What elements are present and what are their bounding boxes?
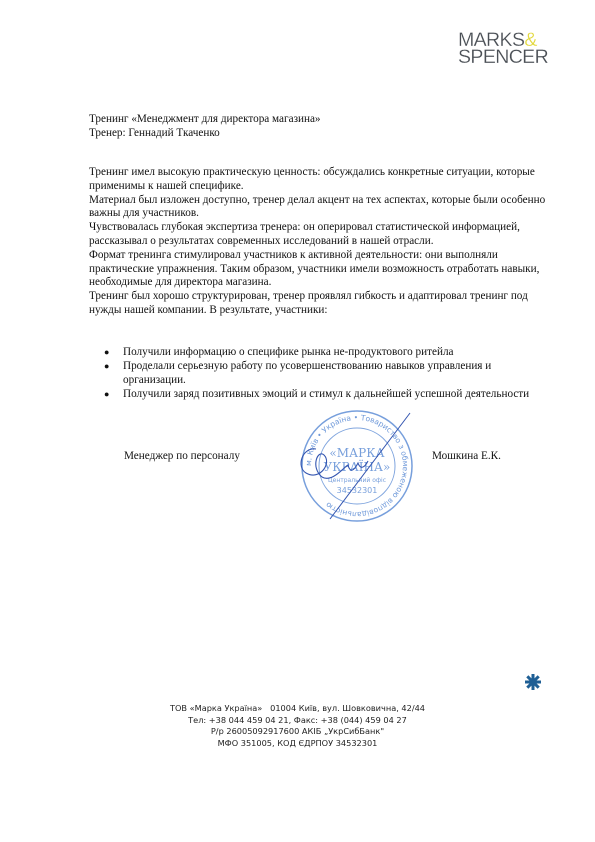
paragraph: Чувствовалась глубокая экспертиза тренер… [89, 221, 559, 249]
footer-address: ТОВ «Марка Україна» 01004 Київ, вул. Шов… [0, 703, 595, 715]
company-footer: ТОВ «Марка Україна» 01004 Київ, вул. Шов… [0, 703, 595, 749]
bullet-icon: ● [104, 388, 109, 402]
stamp-center-line-2: УКРАЇНА» [324, 458, 391, 474]
document-heading: Тренинг «Менеджмент для директора магази… [89, 112, 321, 140]
list-item: ●Получили заряд позитивных эмоций и стим… [104, 388, 554, 402]
footer-bank-account: Р/р 26005092917600 АКІБ „УкрСибБанк" [0, 726, 595, 738]
marks-spencer-logo: MARKS& SPENCER [458, 32, 578, 66]
training-title: Тренинг «Менеджмент для директора магази… [89, 112, 321, 126]
paragraph: Тренинг имел высокую практическую ценнос… [89, 166, 559, 194]
bullet-icon: ● [104, 360, 109, 374]
list-item-text: Получили заряд позитивных эмоций и стиму… [123, 388, 529, 400]
signatory-role: Менеджер по персоналу [124, 450, 240, 462]
asterisk-icon [524, 673, 542, 691]
letter-body: Тренинг имел высокую практическую ценнос… [89, 166, 559, 318]
logo-line-2: SPENCER [458, 49, 578, 66]
paragraph: Материал был изложен доступно, тренер де… [89, 194, 559, 222]
stamp-code: 34532301 [337, 486, 378, 495]
trainer-name: Тренер: Геннадий Ткаченко [89, 126, 321, 140]
footer-codes: МФО 351005, КОД ЄДРПОУ 34532301 [0, 738, 595, 750]
paragraph: Формат тренинга стимулировал участников … [89, 249, 559, 290]
company-stamp-icon: м. Київ • Україна • Товариство з обмежен… [292, 407, 422, 525]
list-item: ●Проделали серьезную работу по усовершен… [104, 360, 554, 388]
signatory-name: Мошкина Е.К. [432, 450, 501, 462]
list-item-text: Получили информацию о специфике рынка не… [123, 346, 454, 358]
footer-phone: Тел: +38 044 459 04 21, Факс: +38 (044) … [0, 715, 595, 727]
list-item: ●Получили информацию о специфике рынка н… [104, 346, 554, 360]
bullet-icon: ● [104, 346, 109, 360]
results-list: ●Получили информацию о специфике рынка н… [104, 346, 554, 403]
list-item-text: Проделали серьезную работу по усовершенс… [123, 360, 491, 386]
paragraph: Тренинг был хорошо структурирован, трене… [89, 290, 559, 318]
